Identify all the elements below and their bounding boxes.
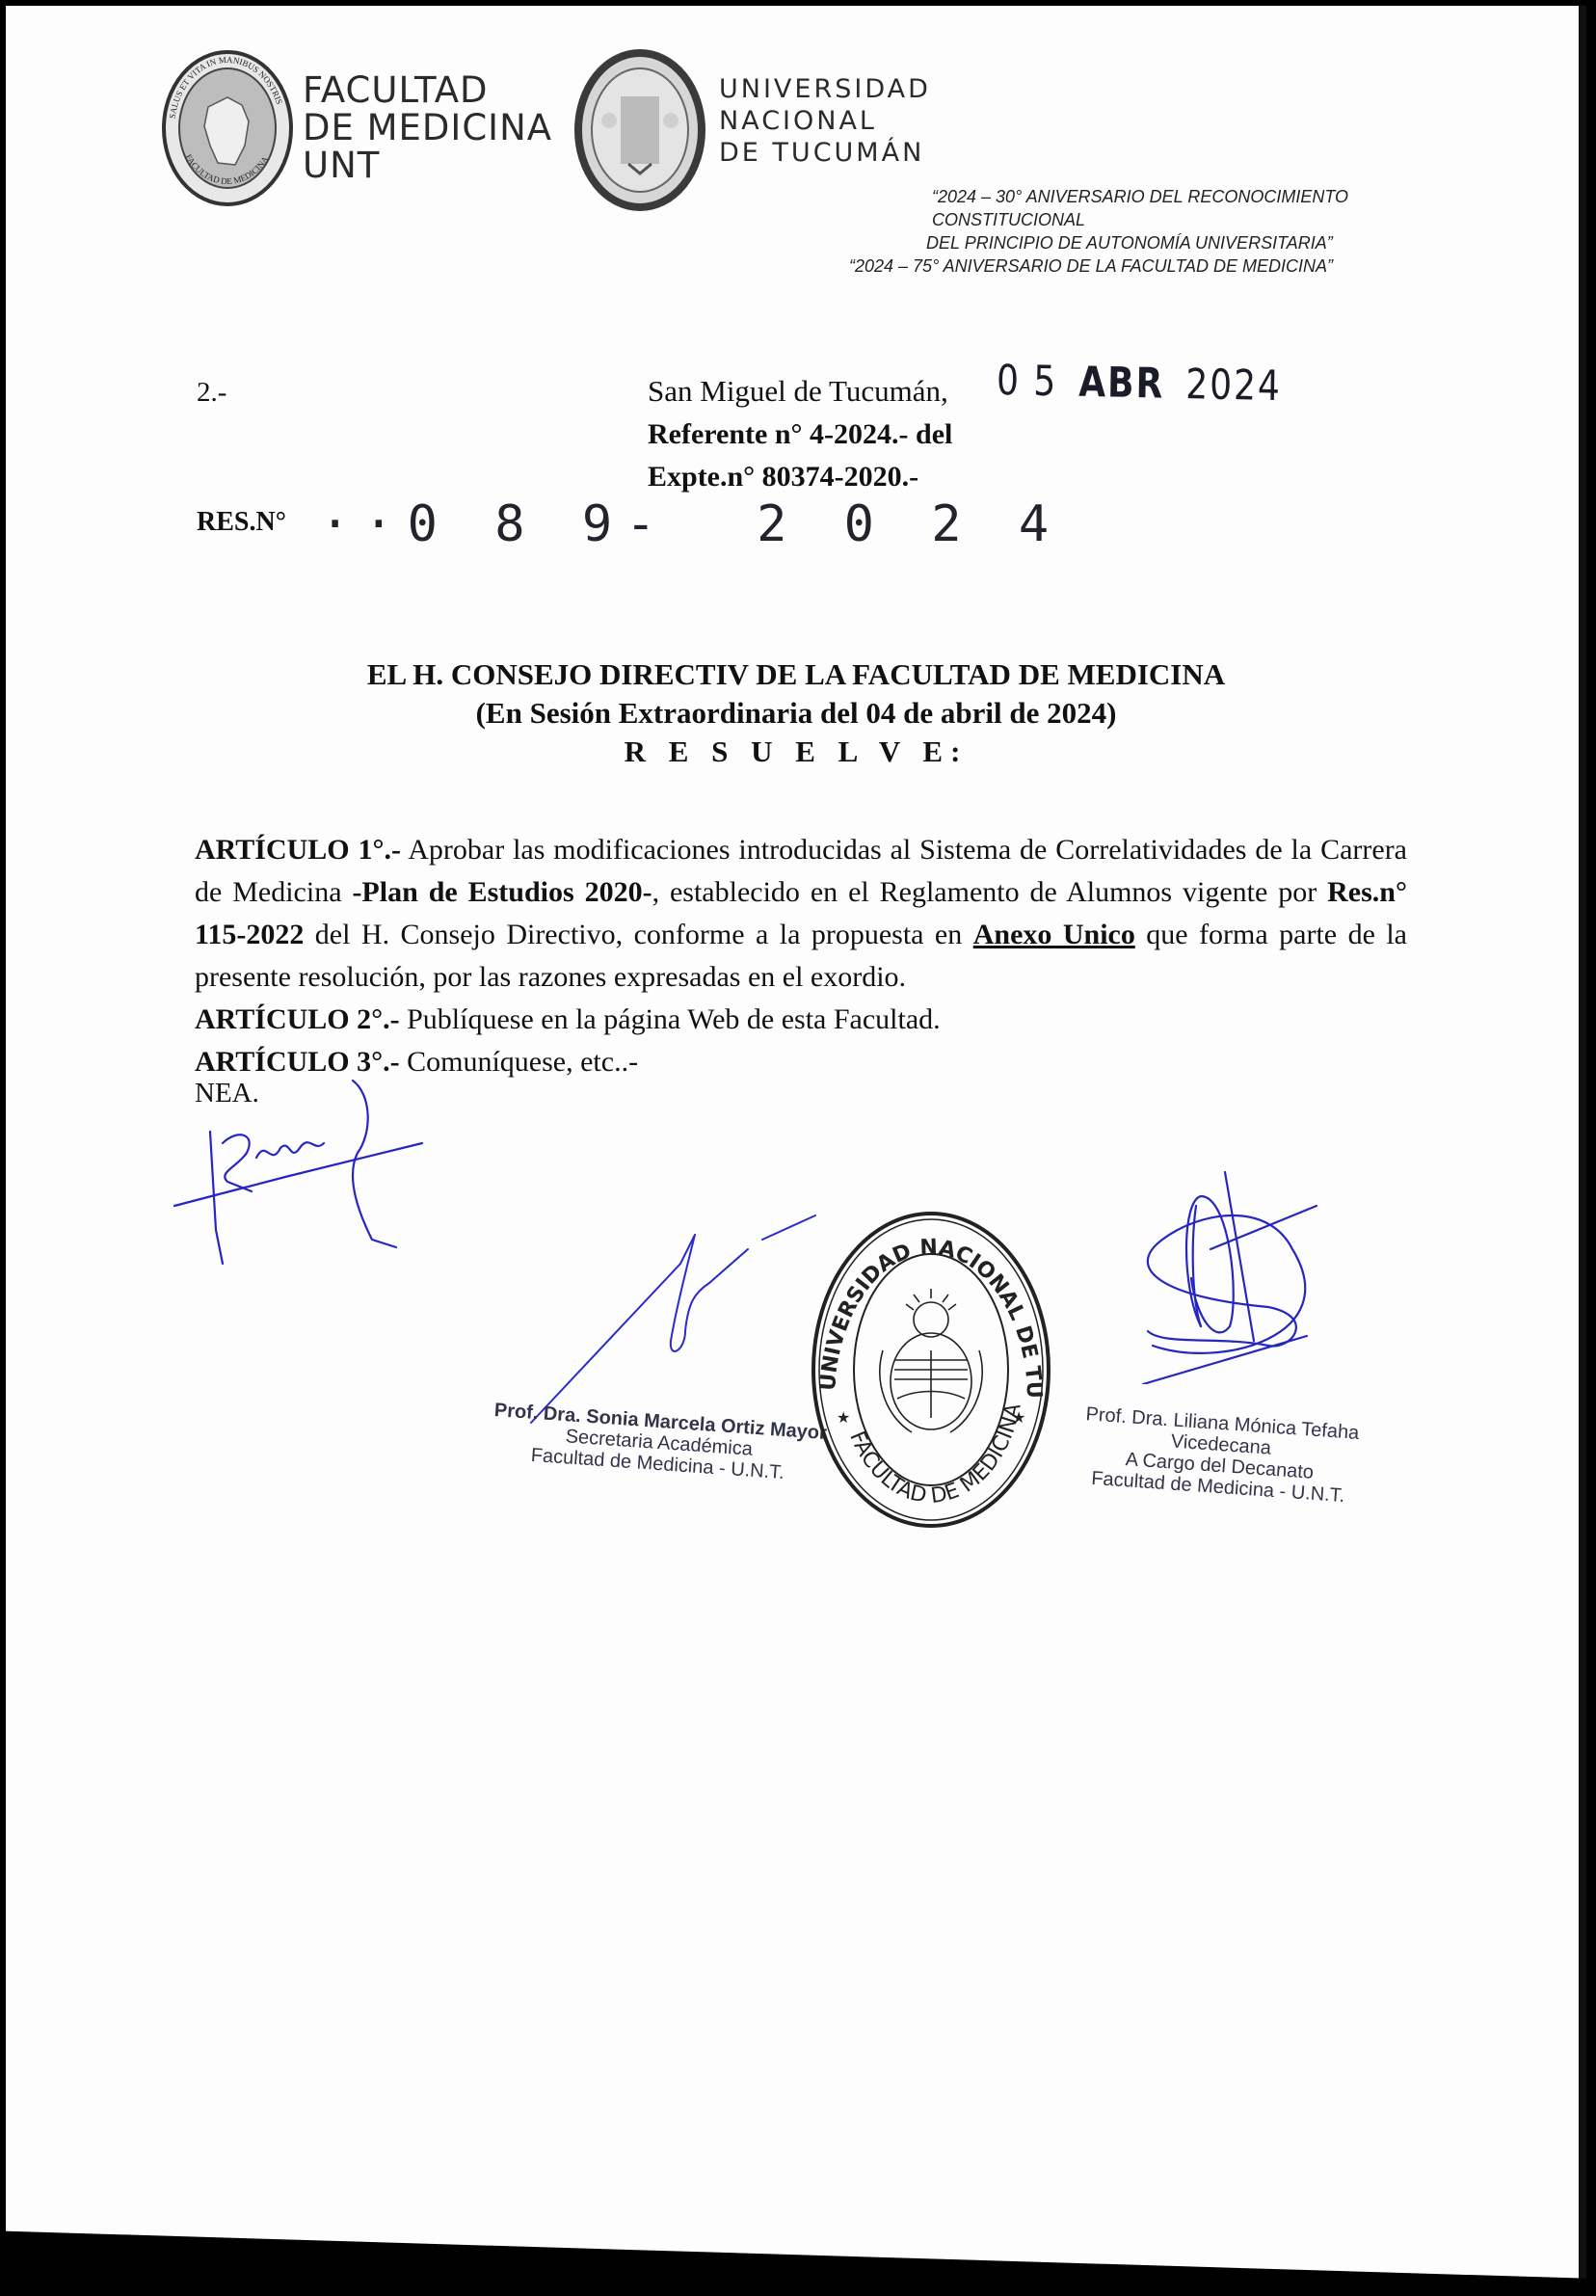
university-name: UNIVERSIDAD NACIONAL DE TUCUMÁN xyxy=(719,73,931,169)
official-seal-icon: UNIVERSIDAD NACIONAL DE TUCUMAN FACULTAD… xyxy=(806,1206,1056,1534)
signatory-vicedecana: Prof. Dra. Liliana Mónica Tefaha Vicedec… xyxy=(1080,1403,1360,1508)
page-number: 2.- xyxy=(197,377,226,409)
date-stamp: 0 5ABR2024 xyxy=(997,358,1304,412)
signature-vicedecana-icon xyxy=(1124,1162,1336,1384)
faculty-seal-icon: SALUS ET VITA IN MANIBUS NOSTRIS FACULTA… xyxy=(160,49,295,208)
faculty-name: FACULTAD DE MEDICINA UNT xyxy=(303,71,552,184)
university-seal-icon xyxy=(572,48,707,212)
annex-link: Anexo Unico xyxy=(973,919,1135,950)
place: San Miguel de Tucumán, xyxy=(648,374,948,409)
referente: Referente n° 4-2024.- del xyxy=(648,418,952,451)
session-info: (En Sesión Extraordinaria del 04 de abri… xyxy=(6,694,1586,733)
anniversary-mottos: “2024 – 30° ANIVERSARIO DEL RECONOCIMIEN… xyxy=(849,185,1389,278)
council-title: EL H. CONSEJO DIRECTIV DE LA FACULTAD DE… xyxy=(6,655,1586,694)
resolution-number: ··0 8 9- 2 0 2 4 xyxy=(320,495,1062,553)
signature-initials-icon xyxy=(170,1076,439,1268)
resuelve: R E S U E L V E: xyxy=(6,733,1586,771)
document-page: SALUS ET VITA IN MANIBUS NOSTRIS FACULTA… xyxy=(6,6,1586,2296)
expediente: Expte.n° 80374-2020.- xyxy=(648,461,918,494)
svg-text:★: ★ xyxy=(1012,1410,1025,1427)
article-1: ARTÍCULO 1°.- Aprobar las modificaciones… xyxy=(195,829,1407,999)
articles: ARTÍCULO 1°.- Aprobar las modificaciones… xyxy=(195,829,1407,1083)
article-2: ARTÍCULO 2°.- Publíquese en la página We… xyxy=(195,999,1407,1041)
scan-edge-right xyxy=(1579,6,1586,2296)
resolution-heading: EL H. CONSEJO DIRECTIV DE LA FACULTAD DE… xyxy=(6,655,1586,771)
svg-text:★: ★ xyxy=(837,1410,850,1427)
svg-text:FACULTAD DE MEDICINA: FACULTAD DE MEDICINA xyxy=(844,1402,1025,1508)
resolution-label: RES.N° xyxy=(197,507,286,538)
